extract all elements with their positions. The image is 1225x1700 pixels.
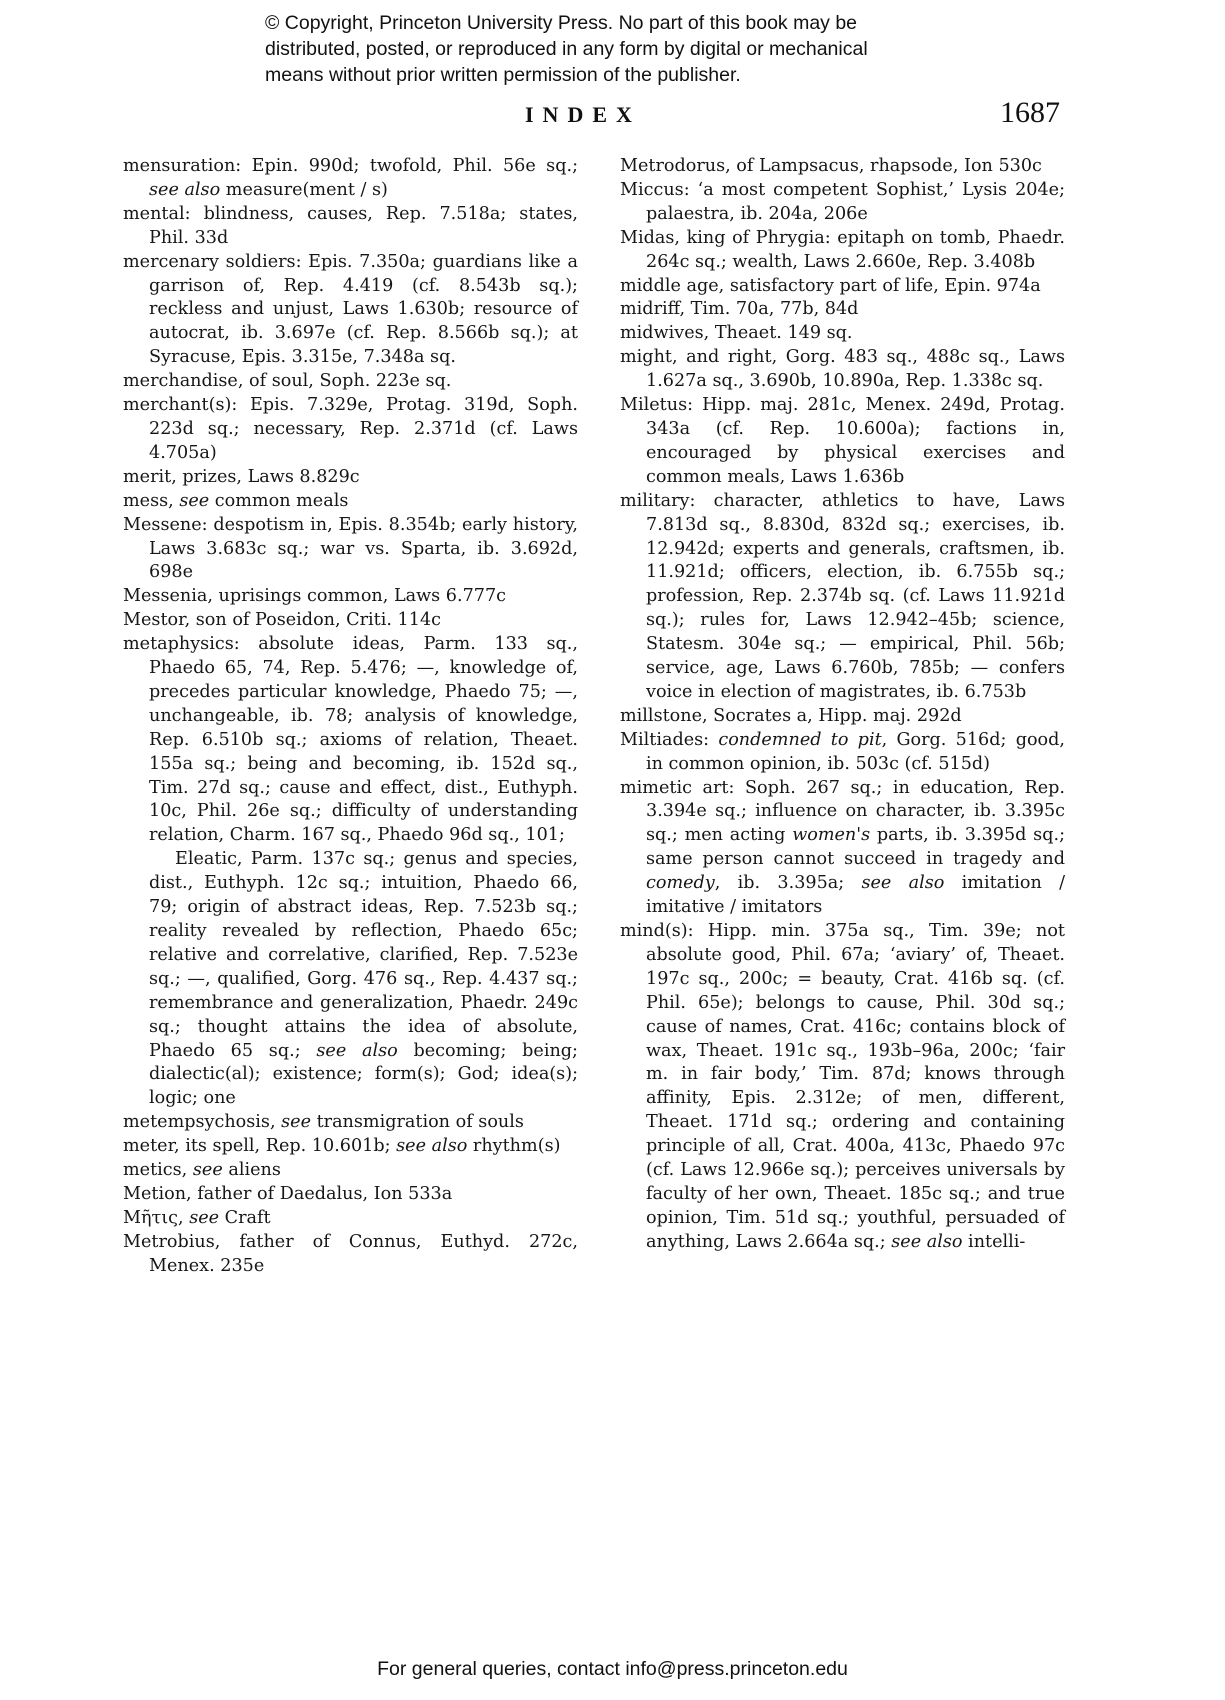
index-entry: Miletus: Hipp. maj. 281c, Menex. 249d, P… (620, 394, 1065, 490)
index-entry: mess, see common meals (123, 490, 578, 514)
index-entry: mensuration: Epin. 990d; twofold, Phil. … (123, 155, 578, 203)
index-entry: Miccus: ‘a most competent Sophist,’ Lysi… (620, 179, 1065, 227)
index-entry: Messenia, uprisings common, Laws 6.777c (123, 585, 578, 609)
index-entry: Messene: despotism in, Epis. 8.354b; ear… (123, 514, 578, 586)
running-head: INDEX 1687 (0, 100, 1225, 136)
index-entry: merit, prizes, Laws 8.829c (123, 466, 578, 490)
copyright-notice: © Copyright, Princeton University Press.… (265, 10, 985, 88)
index-entry: might, and right, Gorg. 483 sq., 488c sq… (620, 346, 1065, 394)
footer-contact: For general queries, contact info@press.… (0, 1658, 1225, 1681)
index-entry: Miltiades: condemned to pit, Gorg. 516d;… (620, 729, 1065, 777)
index-entry: mercenary soldiers: Epis. 7.350a; guardi… (123, 251, 578, 371)
index-entry: metaphysics: absolute ideas, Parm. 133 s… (123, 633, 578, 848)
index-column-right: Metrodorus, of Lampsacus, rhapsode, Ion … (620, 155, 1065, 1255)
index-entry: middle age, satisfactory part of life, E… (620, 275, 1065, 299)
index-entry: metempsychosis, see transmigration of so… (123, 1111, 578, 1135)
copyright-line: distributed, posted, or reproduced in an… (265, 36, 985, 62)
index-entry: mental: blindness, causes, Rep. 7.518a; … (123, 203, 578, 251)
index-entry: military: character, athletics to have, … (620, 490, 1065, 705)
index-entry: Μῆτις, see Craft (123, 1207, 578, 1231)
index-entry: Metion, father of Daedalus, Ion 533a (123, 1183, 578, 1207)
running-title: INDEX (525, 102, 641, 128)
index-entry: midriff, Tim. 70a, 77b, 84d (620, 298, 1065, 322)
index-entry: merchandise, of soul, Soph. 223e sq. (123, 370, 578, 394)
index-entry: mimetic art: Soph. 267 sq.; in education… (620, 777, 1065, 920)
copyright-line: means without prior written permission o… (265, 62, 985, 88)
index-entry: mind(s): Hipp. min. 375a sq., Tim. 39e; … (620, 920, 1065, 1255)
index-entry-continuation: Eleatic, Parm. 137c sq.; genus and speci… (123, 848, 578, 1111)
index-entry: Metrobius, father of Connus, Euthyd. 272… (123, 1231, 578, 1279)
index-entry: Midas, king of Phrygia: epitaph on tomb,… (620, 227, 1065, 275)
index-entry: millstone, Socrates a, Hipp. maj. 292d (620, 705, 1065, 729)
page-number: 1687 (1000, 96, 1060, 130)
index-entry: Metrodorus, of Lampsacus, rhapsode, Ion … (620, 155, 1065, 179)
index-entry: midwives, Theaet. 149 sq. (620, 322, 1065, 346)
copyright-line: © Copyright, Princeton University Press.… (265, 10, 985, 36)
index-column-left: mensuration: Epin. 990d; twofold, Phil. … (123, 155, 578, 1279)
index-entry: Mestor, son of Poseidon, Criti. 114c (123, 609, 578, 633)
index-entry: metics, see aliens (123, 1159, 578, 1183)
index-entry: merchant(s): Epis. 7.329e, Protag. 319d,… (123, 394, 578, 466)
index-entry: meter, its spell, Rep. 10.601b; see also… (123, 1135, 578, 1159)
